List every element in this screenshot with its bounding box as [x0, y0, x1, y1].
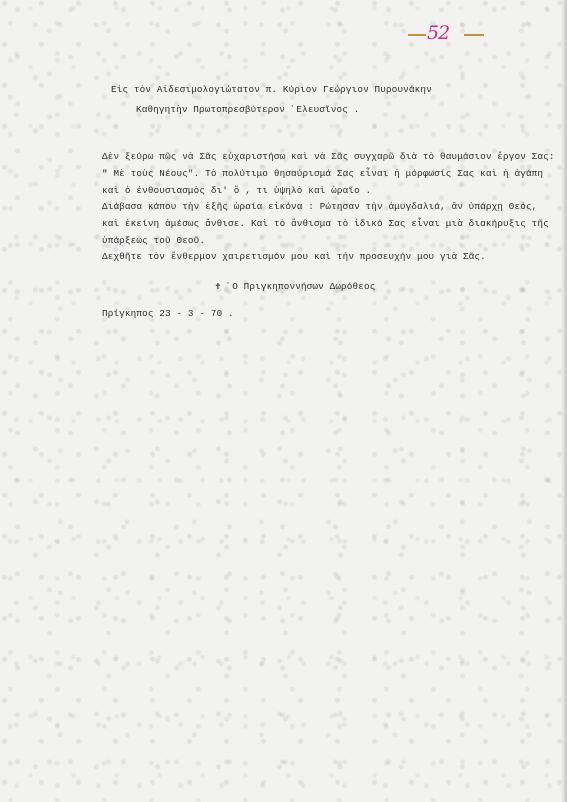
- body-line-7: Δεχθῆτε τὸν ἔνθερμον χαιρετισμόν μου καὶ…: [102, 251, 486, 263]
- place-and-date: Πρίγκηπος 23 - 3 - 70 .: [102, 308, 234, 320]
- body-line-6: ὑπάρξεως τοῦ Θεοῦ.: [102, 235, 205, 247]
- body-line-2: " Μὲ τοὺς Νέους". Τὸ πολύτιμο θησαύρισμά…: [102, 168, 543, 180]
- body-line-5: καὶ ἐκείνη ἀμέσως ἄνθισε. Καὶ τὸ ἄνθισμα…: [102, 218, 549, 230]
- page-number-dash-right: [464, 34, 484, 36]
- address-line-1: Εἰς τὸν Αἰδεσιμολογιώτατον π. Κύριον Γεώ…: [111, 84, 432, 96]
- body-line-3: καὶ ὁ ἐνθουσιασμὸς δι' ὅ , τι ὑψηλὸ καὶ …: [102, 185, 371, 197]
- address-line-2: Καθηγητὴν Πρωτοπρεσβύτερον ᾿Ελευσῖνος .: [136, 104, 359, 116]
- letter-page: 52 Εἰς τὸν Αἰδεσιμολογιώτατον π. Κύριον …: [0, 0, 567, 802]
- page-number-dash-left: [408, 34, 426, 36]
- page-number-value: 52: [427, 22, 449, 44]
- handwritten-page-number: 52: [408, 24, 488, 46]
- body-line-1: Δὲν ξεύρω πῶς νὰ Σᾶς εὐχαριστήσω καὶ νὰ …: [102, 151, 555, 163]
- body-line-4: Διάβασα κάπου τὴν ἑξῆς ὡραία εἰκόνα : Ρώ…: [102, 201, 537, 213]
- signature: ✝ ῾Ο Πριγκηποννήσων Δωρόθεος: [215, 281, 375, 293]
